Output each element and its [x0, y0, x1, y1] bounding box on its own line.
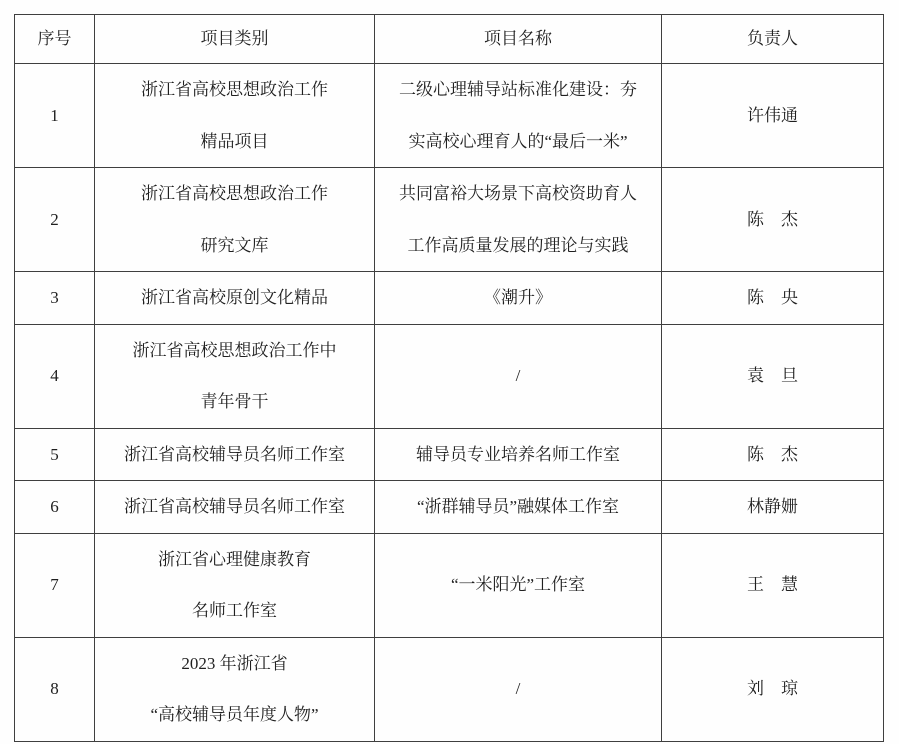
cell-category: 浙江省高校辅导员名师工作室 [95, 481, 375, 534]
cell-person: 陈 杰 [662, 428, 884, 481]
cell-serial: 3 [15, 272, 95, 325]
cell-serial: 4 [15, 324, 95, 428]
cell-category: 浙江省高校原创文化精品 [95, 272, 375, 325]
cell-project-name: / [375, 324, 662, 428]
cell-person: 刘 琼 [662, 637, 884, 741]
cell-project-name: 共同富裕大场景下高校资助育人 工作高质量发展的理论与实践 [375, 168, 662, 272]
col-header-person: 负责人 [662, 15, 884, 64]
cell-serial: 1 [15, 64, 95, 168]
col-header-serial: 序号 [15, 15, 95, 64]
cell-serial: 5 [15, 428, 95, 481]
cell-category: 浙江省心理健康教育 名师工作室 [95, 533, 375, 637]
cell-project-name: “浙群辅导员”融媒体工作室 [375, 481, 662, 534]
table-row: 7 浙江省心理健康教育 名师工作室 “一米阳光”工作室 王 慧 [15, 533, 884, 637]
cell-person: 许伟通 [662, 64, 884, 168]
document-page: 序号 项目类别 项目名称 负责人 1 浙江省高校思想政治工作 精品项目 二级心理… [0, 0, 899, 744]
table-row: 4 浙江省高校思想政治工作中 青年骨干 / 袁 旦 [15, 324, 884, 428]
header-row: 序号 项目类别 项目名称 负责人 [15, 15, 884, 64]
table-row: 1 浙江省高校思想政治工作 精品项目 二级心理辅导站标准化建设：夯 实高校心理育… [15, 64, 884, 168]
table-row: 6 浙江省高校辅导员名师工作室 “浙群辅导员”融媒体工作室 林静姗 [15, 481, 884, 534]
cell-category: 浙江省高校辅导员名师工作室 [95, 428, 375, 481]
cell-category: 浙江省高校思想政治工作中 青年骨干 [95, 324, 375, 428]
cell-category: 浙江省高校思想政治工作 精品项目 [95, 64, 375, 168]
table-row: 2 浙江省高校思想政治工作 研究文库 共同富裕大场景下高校资助育人 工作高质量发… [15, 168, 884, 272]
cell-project-name: 《潮升》 [375, 272, 662, 325]
cell-project-name: “一米阳光”工作室 [375, 533, 662, 637]
projects-table: 序号 项目类别 项目名称 负责人 1 浙江省高校思想政治工作 精品项目 二级心理… [14, 14, 884, 742]
cell-project-name: 二级心理辅导站标准化建设：夯 实高校心理育人的“最后一米” [375, 64, 662, 168]
cell-serial: 6 [15, 481, 95, 534]
cell-project-name: / [375, 637, 662, 741]
cell-serial: 7 [15, 533, 95, 637]
cell-person: 陈 央 [662, 272, 884, 325]
cell-person: 王 慧 [662, 533, 884, 637]
cell-category: 浙江省高校思想政治工作 研究文库 [95, 168, 375, 272]
cell-person: 林静姗 [662, 481, 884, 534]
cell-serial: 2 [15, 168, 95, 272]
cell-person: 袁 旦 [662, 324, 884, 428]
cell-project-name: 辅导员专业培养名师工作室 [375, 428, 662, 481]
table-row: 5 浙江省高校辅导员名师工作室 辅导员专业培养名师工作室 陈 杰 [15, 428, 884, 481]
table-row: 3 浙江省高校原创文化精品 《潮升》 陈 央 [15, 272, 884, 325]
col-header-project-name: 项目名称 [375, 15, 662, 64]
col-header-category: 项目类别 [95, 15, 375, 64]
cell-category: 2023 年浙江省 “高校辅导员年度人物” [95, 637, 375, 741]
cell-serial: 8 [15, 637, 95, 741]
table-row: 8 2023 年浙江省 “高校辅导员年度人物” / 刘 琼 [15, 637, 884, 741]
cell-person: 陈 杰 [662, 168, 884, 272]
